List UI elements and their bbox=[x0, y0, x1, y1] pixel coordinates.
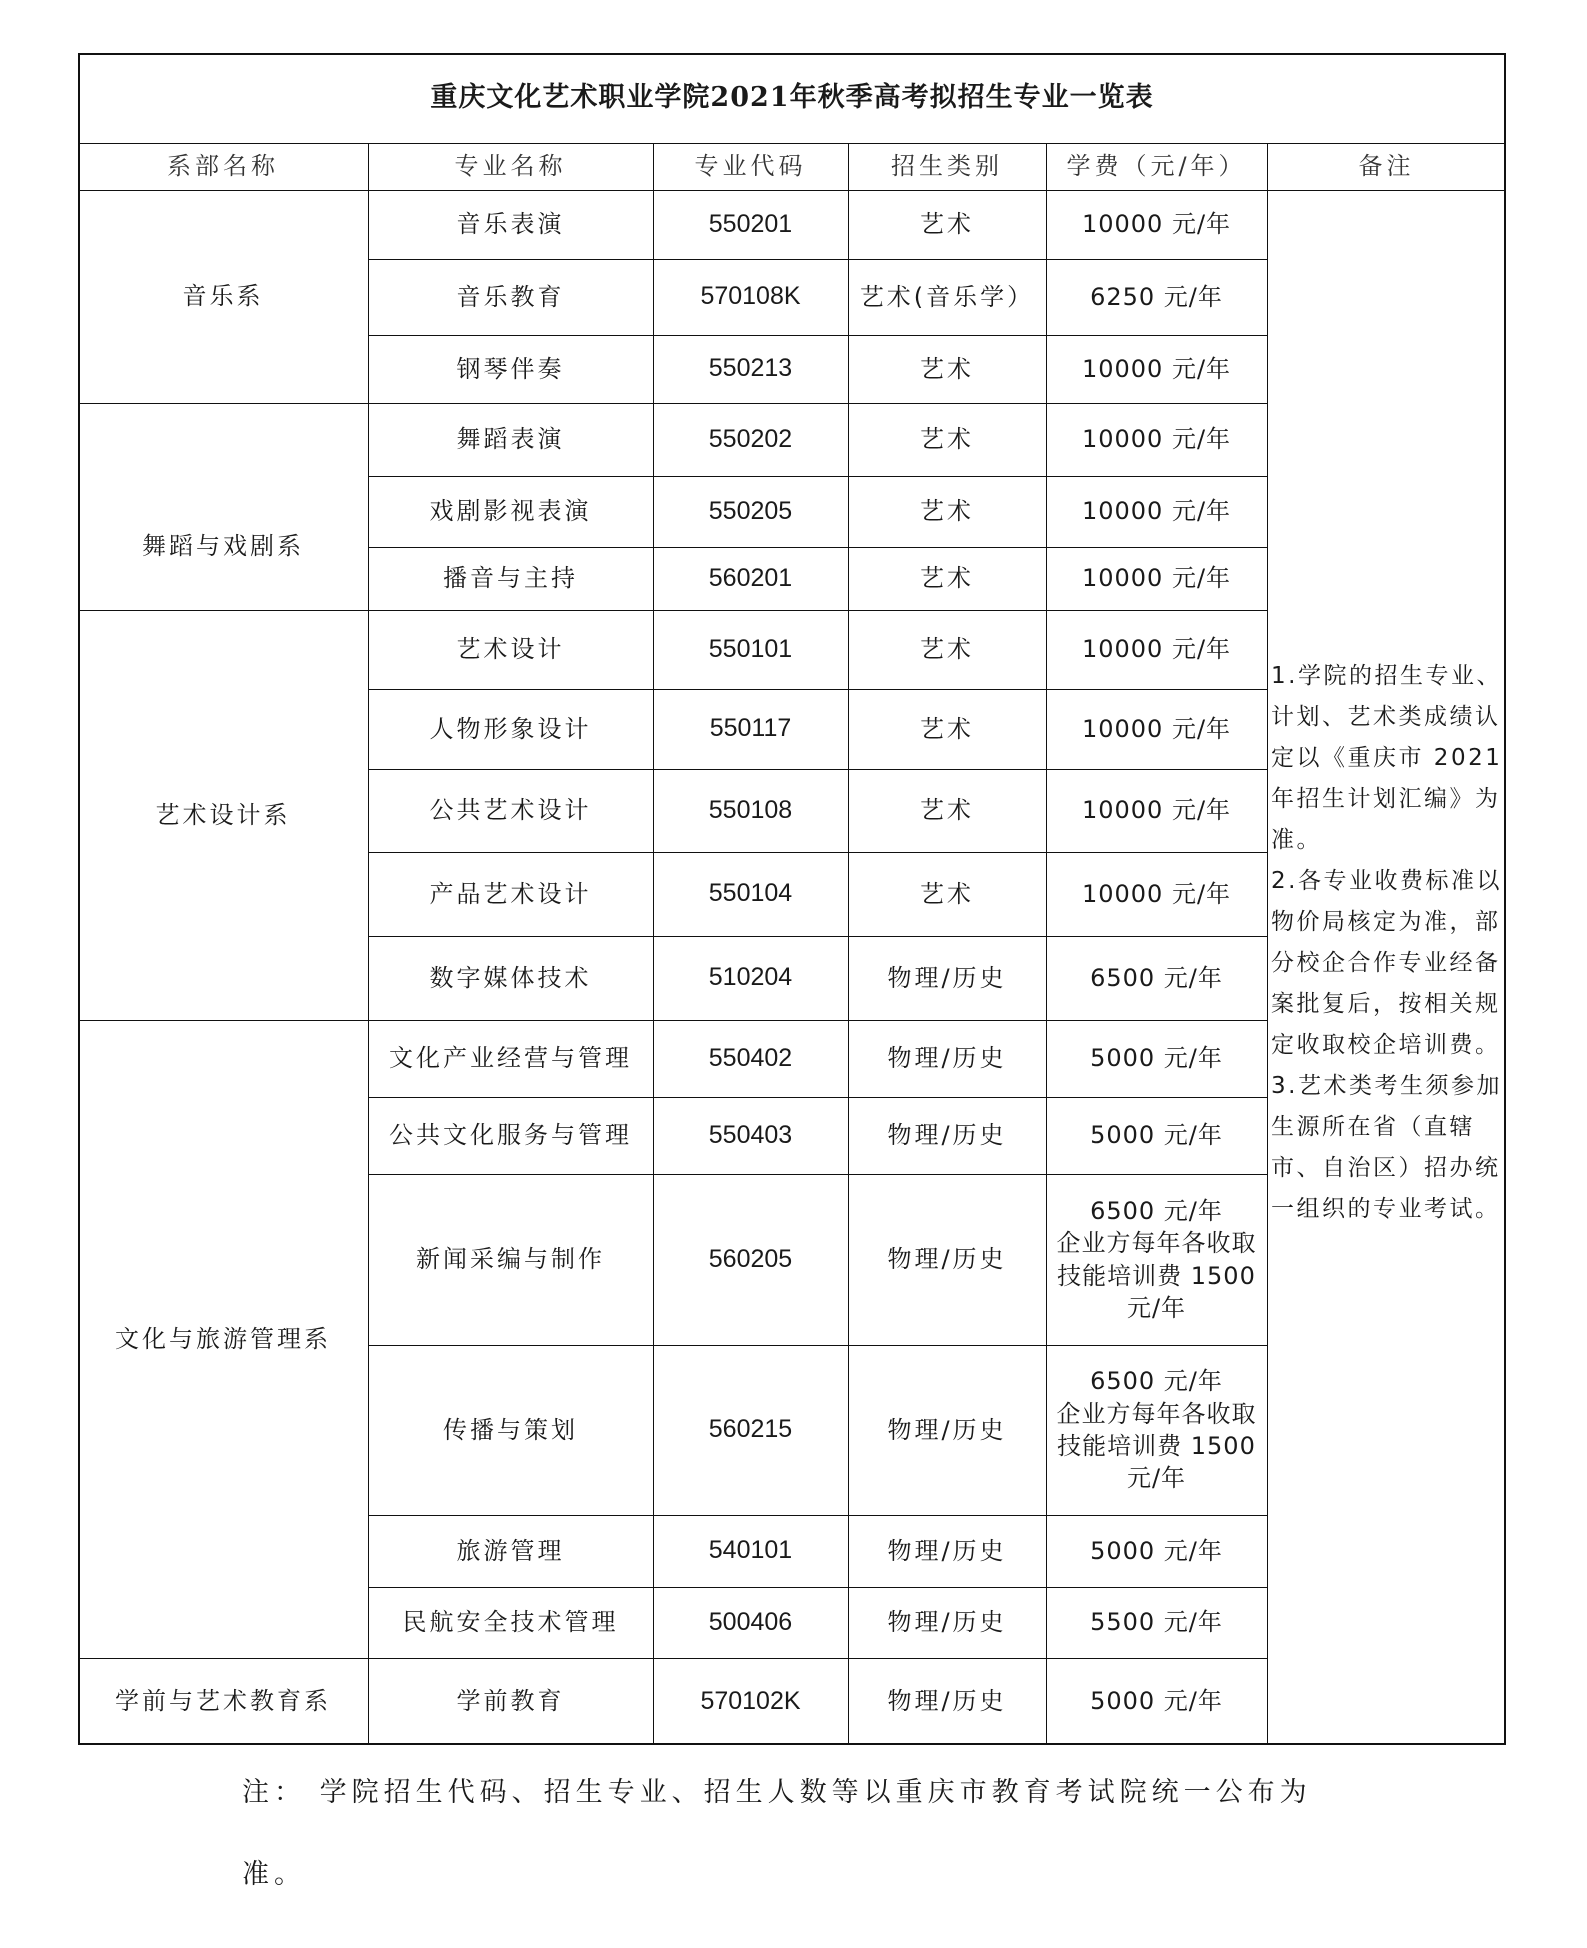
table-cell-category: 艺术 bbox=[848, 547, 1046, 610]
table-cell-code: 550201 bbox=[653, 190, 848, 259]
column-header-remarks: 备注 bbox=[1267, 143, 1506, 190]
table-cell-major: 传播与策划 bbox=[368, 1345, 653, 1515]
column-header-fee: 学费（元/年） bbox=[1046, 143, 1267, 190]
table-cell-fee: 10000 元/年 bbox=[1046, 476, 1267, 547]
table-cell-major: 数字媒体技术 bbox=[368, 936, 653, 1020]
table-cell-major: 学前教育 bbox=[368, 1658, 653, 1745]
table-cell-fee: 6500 元/年 企业方每年各收取 技能培训费 1500 元/年 bbox=[1046, 1174, 1267, 1345]
table-cell-code: 550108 bbox=[653, 769, 848, 852]
table-cell-code: 560205 bbox=[653, 1174, 848, 1345]
table-cell-fee: 6250 元/年 bbox=[1046, 259, 1267, 335]
table-cell-category: 艺术 bbox=[848, 335, 1046, 403]
table-cell-category: 艺术 bbox=[848, 403, 1046, 476]
table-cell-code: 550104 bbox=[653, 852, 848, 936]
table-cell-code: 540101 bbox=[653, 1515, 848, 1587]
table-cell-category: 物理/历史 bbox=[848, 1515, 1046, 1587]
table-cell-major: 播音与主持 bbox=[368, 547, 653, 610]
table-cell-fee: 10000 元/年 bbox=[1046, 335, 1267, 403]
table-cell-fee: 10000 元/年 bbox=[1046, 610, 1267, 689]
table-cell-fee: 6500 元/年 bbox=[1046, 936, 1267, 1020]
table-cell-code: 550117 bbox=[653, 689, 848, 769]
column-header-code: 专业代码 bbox=[653, 143, 848, 190]
department-cell: 学前与艺术教育系 bbox=[78, 1658, 368, 1745]
table-cell-code: 550213 bbox=[653, 335, 848, 403]
department-cell: 文化与旅游管理系 bbox=[78, 1020, 368, 1658]
table-cell-fee: 10000 元/年 bbox=[1046, 852, 1267, 936]
table-cell-fee: 5000 元/年 bbox=[1046, 1515, 1267, 1587]
table-cell-major: 舞蹈表演 bbox=[368, 403, 653, 476]
table-cell-code: 550205 bbox=[653, 476, 848, 547]
table-cell-category: 艺术(音乐学） bbox=[848, 259, 1046, 335]
table-cell-fee: 10000 元/年 bbox=[1046, 190, 1267, 259]
table-cell-code: 550403 bbox=[653, 1097, 848, 1174]
department-cell: 舞蹈与戏剧系 bbox=[78, 403, 368, 610]
table-cell-fee: 5500 元/年 bbox=[1046, 1587, 1267, 1658]
table-cell-category: 艺术 bbox=[848, 476, 1046, 547]
table-cell-fee: 10000 元/年 bbox=[1046, 769, 1267, 852]
table-cell-code: 570108K bbox=[653, 259, 848, 335]
table-cell-category: 艺术 bbox=[848, 190, 1046, 259]
table-cell-category: 物理/历史 bbox=[848, 1097, 1046, 1174]
table-cell-major: 公共艺术设计 bbox=[368, 769, 653, 852]
table-cell-code: 560215 bbox=[653, 1345, 848, 1515]
table-cell-fee: 10000 元/年 bbox=[1046, 689, 1267, 769]
table-cell-code: 510204 bbox=[653, 936, 848, 1020]
footer-note-line1: 注： 学院招生代码、招生专业、招生人数等以重庆市教育考试院统一公布为 bbox=[242, 1770, 1312, 1809]
table-cell-category: 物理/历史 bbox=[848, 1658, 1046, 1745]
table-cell-fee: 10000 元/年 bbox=[1046, 547, 1267, 610]
table-cell-code: 550402 bbox=[653, 1020, 848, 1097]
table-cell-major: 民航安全技术管理 bbox=[368, 1587, 653, 1658]
table-cell-major: 戏剧影视表演 bbox=[368, 476, 653, 547]
table-cell-fee: 10000 元/年 bbox=[1046, 403, 1267, 476]
table-cell-code: 550101 bbox=[653, 610, 848, 689]
table-cell-fee: 5000 元/年 bbox=[1046, 1097, 1267, 1174]
table-cell-major: 公共文化服务与管理 bbox=[368, 1097, 653, 1174]
department-cell: 音乐系 bbox=[78, 190, 368, 403]
table-cell-fee: 5000 元/年 bbox=[1046, 1020, 1267, 1097]
table-cell-category: 艺术 bbox=[848, 689, 1046, 769]
divider bbox=[1267, 143, 1268, 1745]
table-cell-category: 物理/历史 bbox=[848, 936, 1046, 1020]
table-cell-major: 艺术设计 bbox=[368, 610, 653, 689]
table-cell-category: 艺术 bbox=[848, 769, 1046, 852]
column-header-major: 专业名称 bbox=[368, 143, 653, 190]
table-cell-category: 物理/历史 bbox=[848, 1345, 1046, 1515]
department-cell: 艺术设计系 bbox=[78, 610, 368, 1020]
table-title: 重庆文化艺术职业学院2021年秋季高考拟招生专业一览表 bbox=[78, 53, 1506, 143]
table-cell-major: 钢琴伴奏 bbox=[368, 335, 653, 403]
table-cell-major: 音乐教育 bbox=[368, 259, 653, 335]
table-cell-category: 物理/历史 bbox=[848, 1020, 1046, 1097]
table-cell-code: 560201 bbox=[653, 547, 848, 610]
table-cell-code: 570102K bbox=[653, 1658, 848, 1745]
column-header-category: 招生类别 bbox=[848, 143, 1046, 190]
table-cell-category: 物理/历史 bbox=[848, 1587, 1046, 1658]
footer-note-line2: 准。 bbox=[242, 1852, 306, 1891]
table-cell-fee: 5000 元/年 bbox=[1046, 1658, 1267, 1745]
table-cell-code: 500406 bbox=[653, 1587, 848, 1658]
table-cell-category: 艺术 bbox=[848, 610, 1046, 689]
table-cell-major: 新闻采编与制作 bbox=[368, 1174, 653, 1345]
remarks-text: 1.学院的招生专业、计划、艺术类成绩认定以《重庆市 2021年招生计划汇编》为准… bbox=[1271, 656, 1503, 1230]
column-header-dept: 系部名称 bbox=[78, 143, 368, 190]
table-cell-code: 550202 bbox=[653, 403, 848, 476]
table-cell-major: 旅游管理 bbox=[368, 1515, 653, 1587]
table-cell-category: 艺术 bbox=[848, 852, 1046, 936]
table-cell-fee: 6500 元/年 企业方每年各收取 技能培训费 1500 元/年 bbox=[1046, 1345, 1267, 1515]
table-cell-category: 物理/历史 bbox=[848, 1174, 1046, 1345]
table-cell-major: 音乐表演 bbox=[368, 190, 653, 259]
table-cell-major: 产品艺术设计 bbox=[368, 852, 653, 936]
table-cell-major: 人物形象设计 bbox=[368, 689, 653, 769]
table-cell-major: 文化产业经营与管理 bbox=[368, 1020, 653, 1097]
